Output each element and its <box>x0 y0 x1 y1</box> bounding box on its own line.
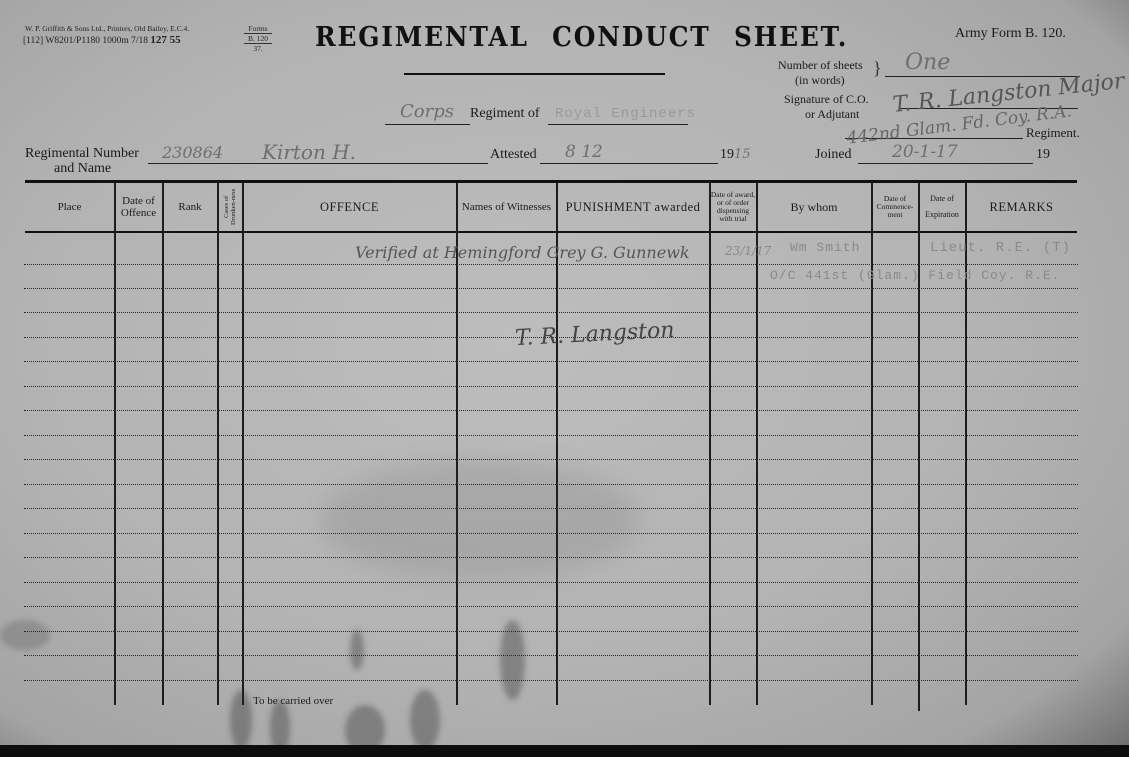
table-row-rule <box>24 288 1078 289</box>
col-header-date-offence: Date of Offence <box>115 184 162 230</box>
attested-year-prefix: 19 <box>720 147 734 162</box>
col-divider <box>756 183 758 705</box>
table-row-rule <box>24 264 1078 265</box>
col-header-witnesses: Names of Witnesses <box>457 184 556 230</box>
attested-year-suffix: 15 <box>734 147 751 162</box>
col-header-punishment: PUNISHMENT awarded <box>557 184 709 230</box>
bottom-edge <box>0 745 1129 757</box>
printer-imprint: W. P. Griffith & Sons Ltd., Printers, Ol… <box>25 24 189 33</box>
attested-label: Attested <box>490 147 537 163</box>
regimental-number: 230864 <box>162 143 223 162</box>
table-row-rule <box>24 582 1078 583</box>
col-divider <box>162 183 164 705</box>
title-underline <box>404 73 665 75</box>
table-row-rule <box>24 459 1078 460</box>
col-divider <box>217 183 219 705</box>
col-header-date-award: Date of award, or of order dispensing wi… <box>710 184 756 230</box>
army-form-label: Army Form B. 120. <box>955 26 1066 42</box>
forms-number: B. 120 <box>244 33 272 44</box>
col-divider <box>709 183 711 705</box>
soldier-name: Kirton H. <box>262 140 356 164</box>
forms-box: Forms B. 120 37. <box>244 24 272 53</box>
print-code-prefix: [112] W8201/P1180 1000m 7/18 <box>23 36 148 46</box>
carried-over-label: To be carried over <box>253 695 333 707</box>
ink-smudge <box>230 690 252 750</box>
name-label: and Name <box>54 161 111 177</box>
joined-value: 20-1-17 <box>892 142 958 162</box>
water-stain <box>320 460 640 580</box>
col-header-date-commencement: Date of Commence-ment <box>872 184 918 230</box>
table-row-rule <box>24 312 1078 313</box>
table-row-rule <box>24 655 1078 656</box>
col-divider <box>242 183 244 705</box>
col-divider <box>871 183 873 705</box>
col-header-by-whom: By whom <box>757 184 871 230</box>
regiment-suffix: Regiment. <box>1026 125 1080 141</box>
attested-line <box>540 163 718 164</box>
stamp-unit: O/C 441st (Glam.) Field Coy. R.E. <box>770 268 1060 283</box>
verified-entry: Verified at Hemingford Grey G. Gunnewk <box>355 243 690 262</box>
attested-value: 8 12 <box>565 142 603 162</box>
table-row-rule <box>24 410 1078 411</box>
col-header-date-expiration: Date of Expiration <box>919 184 965 230</box>
regiment-value: Royal Engineers <box>555 106 696 122</box>
print-code-bold: 127 55 <box>150 34 180 46</box>
col-header-place: Place <box>25 184 114 230</box>
brace: } <box>873 58 882 79</box>
col-header-offence: OFFENCE <box>243 184 456 230</box>
corps-line <box>385 124 470 125</box>
sheets-label-sub: (in words) <box>795 73 845 88</box>
table-row-rule <box>24 361 1078 362</box>
verified-date: 23/1/17 <box>725 244 771 258</box>
page-title: REGIMENTAL CONDUCT SHEET. <box>315 22 848 53</box>
joined-line <box>858 163 1033 164</box>
col-header-rank: Rank <box>163 184 217 230</box>
table-row-rule <box>24 680 1078 681</box>
regiment-line <box>548 124 688 125</box>
signature-label: Signature of C.O. <box>784 92 869 107</box>
regimental-number-label: Regimental Number <box>25 146 139 162</box>
joined-year-prefix: 19 <box>1036 147 1050 163</box>
signature-label-sub: or Adjutant <box>805 107 859 122</box>
table-row-rule <box>24 606 1078 607</box>
sheets-label: Number of sheets <box>778 58 863 73</box>
forms-suffix: 37. <box>244 44 272 53</box>
table-row-rule <box>24 386 1078 387</box>
table-row-rule <box>24 435 1078 436</box>
col-header-drunkenness: Cases of Drunken-ness <box>218 186 242 228</box>
forms-label: Forms <box>244 24 272 33</box>
sheets-value: One <box>905 50 950 75</box>
joined-label: Joined <box>815 147 852 163</box>
col-header-remarks: REMARKS <box>966 184 1077 230</box>
stamp-name: Wm Smith <box>790 240 860 255</box>
ink-smudge <box>350 630 364 670</box>
ink-smudge <box>500 620 525 700</box>
col-divider <box>114 183 116 705</box>
ink-smudge <box>410 690 440 750</box>
regiment-label: Regiment of <box>470 106 540 122</box>
table-row-rule <box>24 631 1078 632</box>
col-divider <box>965 183 967 705</box>
corps-value: Corps <box>400 101 454 122</box>
print-code: [112] W8201/P1180 1000m 7/18 127 55 <box>23 34 181 46</box>
attested-year: 1915 <box>720 147 751 163</box>
stamp-rank: Lieut. R.E. (T) <box>930 240 1071 256</box>
officer-signature: T. R. Langston <box>514 318 675 351</box>
ink-smudge <box>0 620 50 650</box>
